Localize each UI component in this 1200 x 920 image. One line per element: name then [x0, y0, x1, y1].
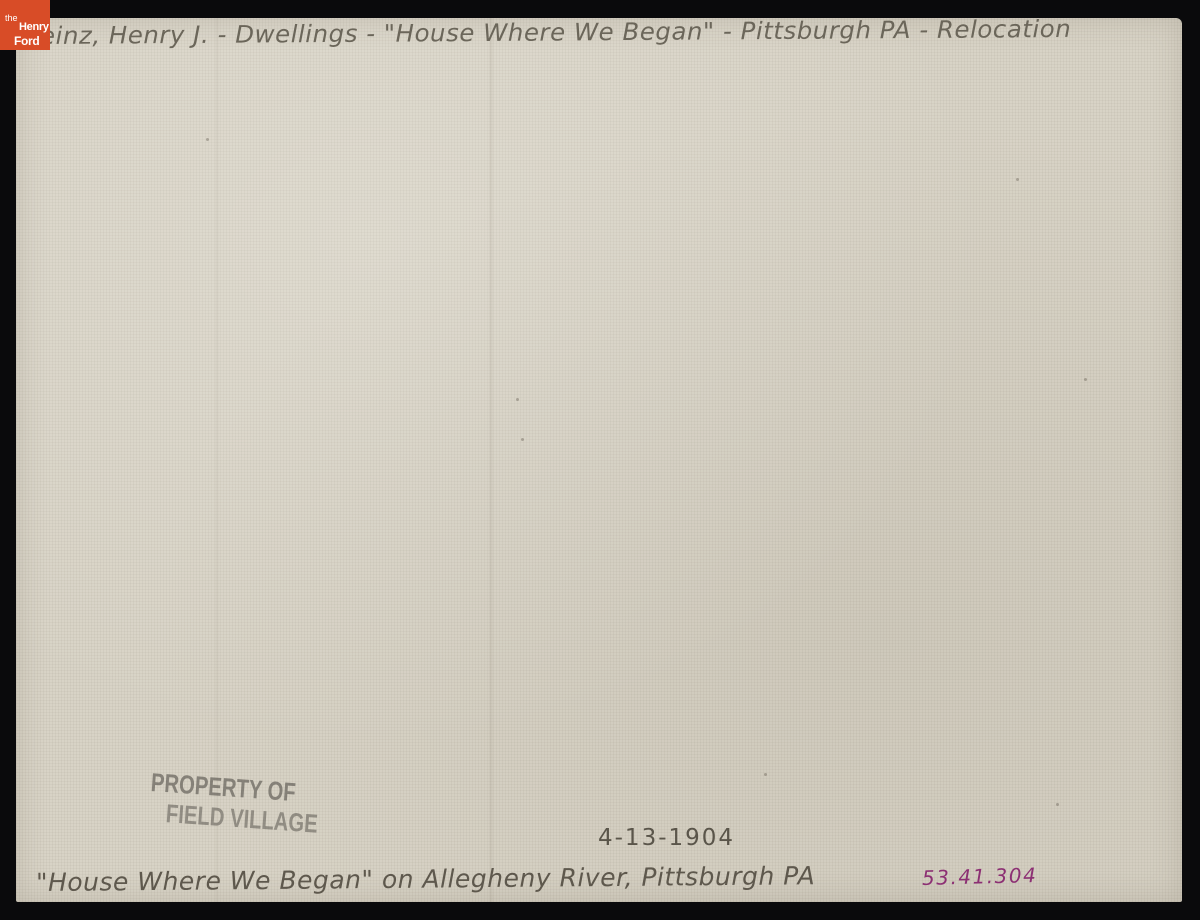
accession-number: 53.41.304	[922, 863, 1038, 890]
handwritten-date: 4-13-1904	[598, 825, 735, 851]
paper-speck	[1084, 378, 1087, 381]
paper-speck	[1056, 803, 1059, 806]
property-stamp: PROPERTY OF FIELD VILLAGE	[148, 768, 321, 839]
paper-speck	[206, 138, 209, 141]
the-henry-ford-logo[interactable]: the Henry Ford	[0, 0, 50, 50]
scan-viewer: the Henry Ford einz, Henry J. - Dwelling…	[0, 0, 1200, 920]
logo-henry-text: Henry	[19, 22, 49, 33]
paper-speck	[516, 398, 519, 401]
paper-speck	[1016, 178, 1019, 181]
paper-speck	[764, 773, 767, 776]
logo-the-text: the	[5, 14, 18, 23]
paper-speck	[521, 438, 524, 441]
logo-ford-text: Ford	[14, 35, 39, 47]
